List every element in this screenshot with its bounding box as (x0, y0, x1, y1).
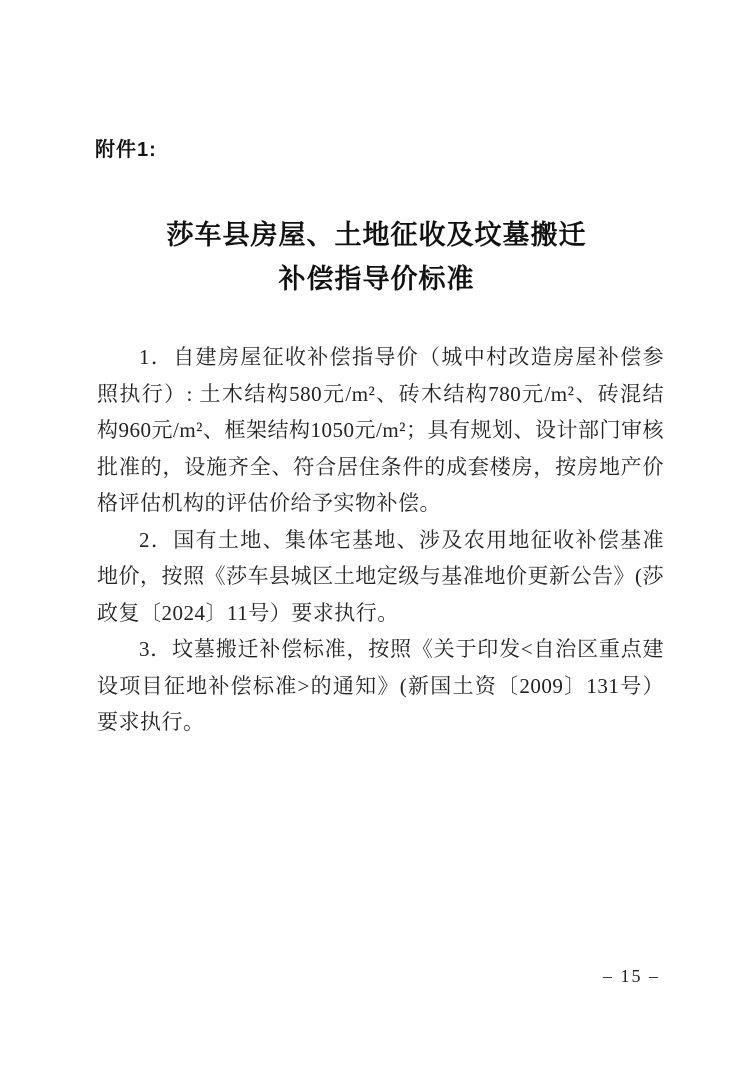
paragraph-2: 2．国有土地、集体宅基地、涉及农用地征收补偿基准地价，按照《莎车县城区土地定级与… (97, 522, 664, 632)
document-title-line2: 补偿指导价标准 (0, 257, 753, 301)
paragraph-3: 3．坟墓搬迁补偿标准，按照《关于印发<自治区重点建设项目征地补偿标准>的通知》(… (97, 631, 664, 741)
document-page: 附件1: 莎车县房屋、土地征收及坟墓搬迁 补偿指导价标准 1．自建房屋征收补偿指… (0, 0, 753, 1066)
document-title: 莎车县房屋、土地征收及坟墓搬迁 补偿指导价标准 (0, 213, 753, 301)
document-body: 1．自建房屋征收补偿指导价（城中村改造房屋补偿参照执行）: 土木结构580元/m… (97, 339, 664, 741)
page-number: – 15 – (603, 966, 660, 987)
paragraph-1: 1．自建房屋征收补偿指导价（城中村改造房屋补偿参照执行）: 土木结构580元/m… (97, 339, 664, 522)
document-title-line1: 莎车县房屋、土地征收及坟墓搬迁 (0, 213, 753, 257)
attachment-label: 附件1: (95, 133, 157, 162)
